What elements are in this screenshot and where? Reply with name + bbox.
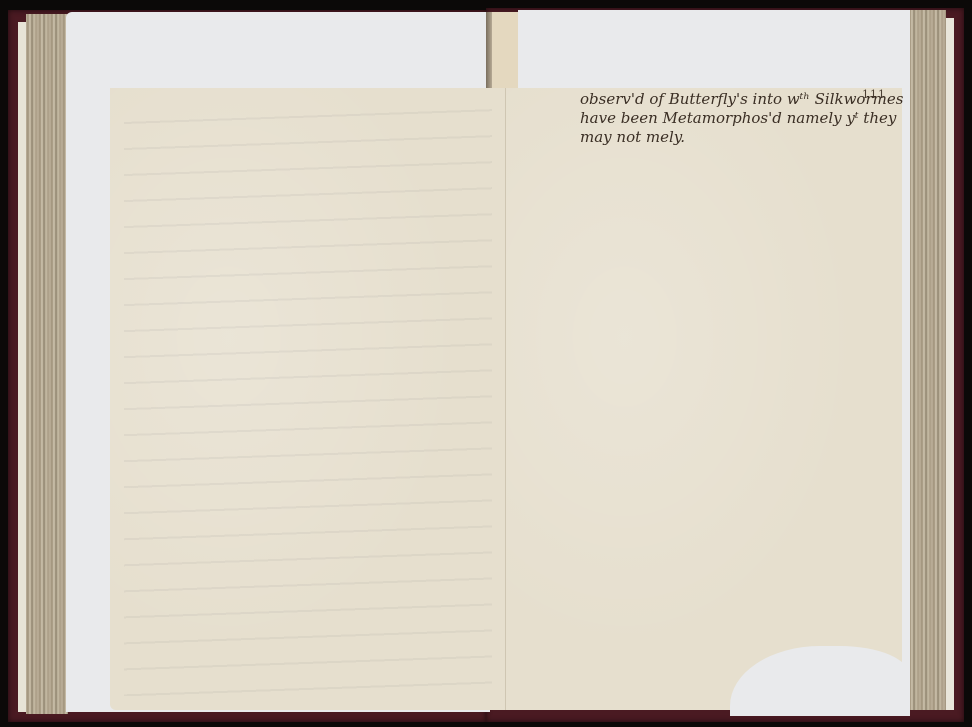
handwritten-text: observ'd of Butterfly's into wᵗʰ Silkwor… xyxy=(580,90,910,147)
handwriting-line: have been Metamorphos'd namely yᵗ they xyxy=(580,109,910,128)
manuscript-page-right xyxy=(506,88,902,710)
bleed-through-text xyxy=(124,102,492,696)
gutter-stub xyxy=(492,12,518,90)
page-seam xyxy=(505,88,506,710)
handwriting-line: observ'd of Butterfly's into wᵗʰ Silkwor… xyxy=(580,90,910,109)
endpaper-right xyxy=(946,18,954,710)
handwriting-line: may not mely. xyxy=(580,128,910,147)
page-edges-right xyxy=(908,10,946,710)
manuscript-page-left xyxy=(110,88,506,710)
page-edges-left xyxy=(26,14,68,714)
